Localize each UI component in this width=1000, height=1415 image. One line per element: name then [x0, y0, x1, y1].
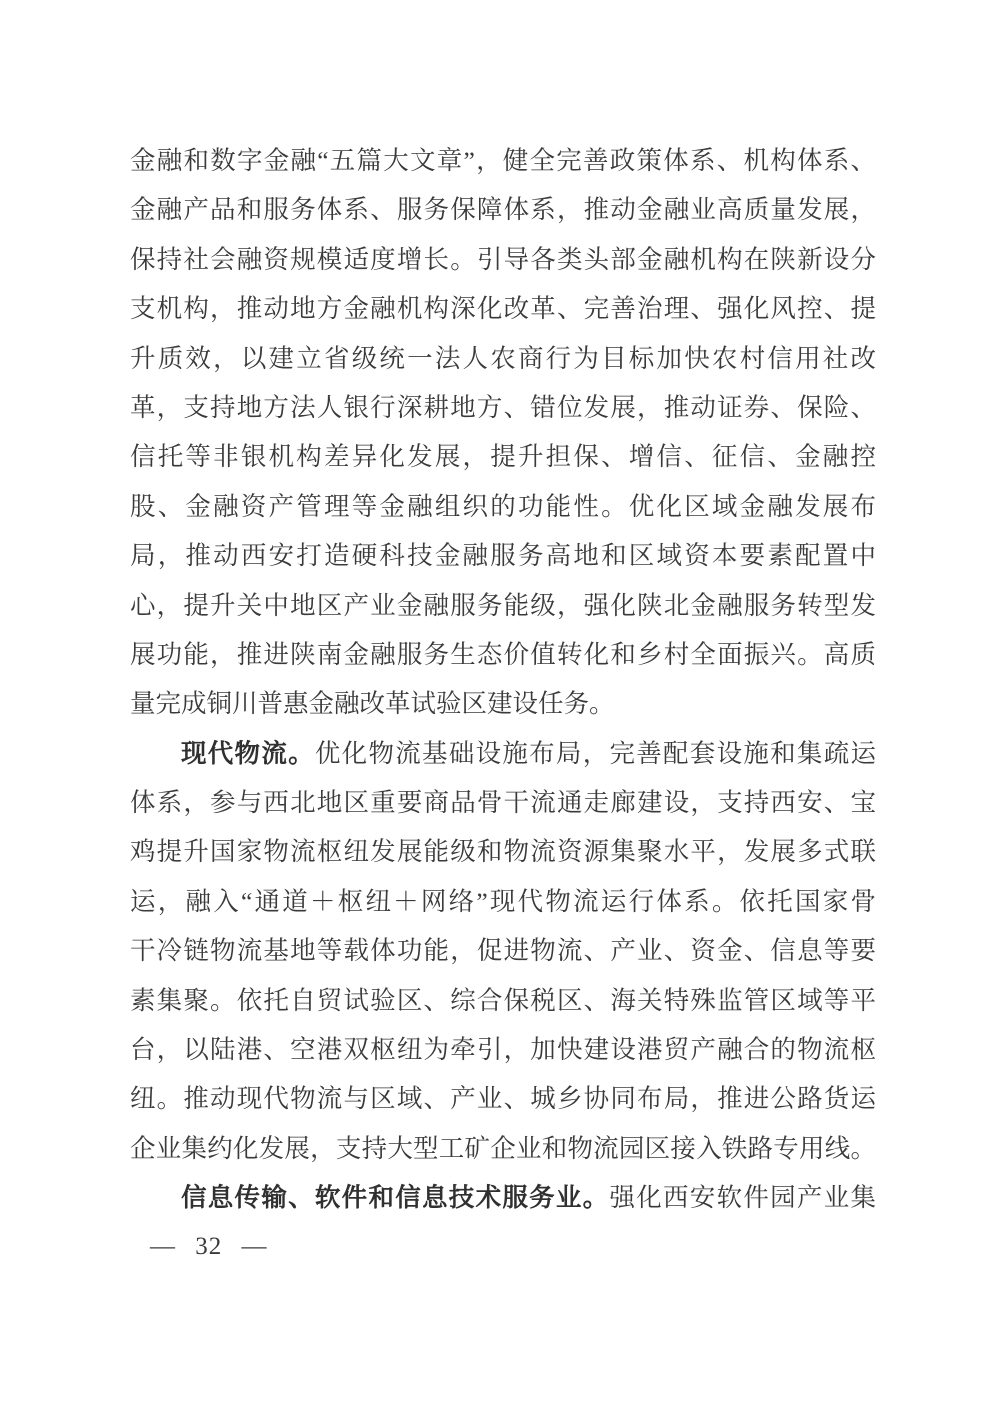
text-line: 金融和数字金融“五篇大文章”，健全完善政策体系、机构体系、	[130, 136, 876, 185]
document-page: 金融和数字金融“五篇大文章”，健全完善政策体系、机构体系、金融产品和服务体系、服…	[0, 0, 1000, 1415]
text-line: 鸡提升国家物流枢纽发展能级和物流资源集聚水平，发展多式联	[130, 827, 876, 876]
text-line: 台，以陆港、空港双枢纽为牵引，加快建设港贸产融合的物流枢	[130, 1025, 876, 1074]
text-line: 信息传输、软件和信息技术服务业。强化西安软件园产业集	[130, 1173, 876, 1222]
paragraph-modern-logistics: 现代物流。优化物流基础设施布局，完善配套设施和集疏运体系，参与西北地区重要商品骨…	[130, 729, 876, 1174]
paragraph-finance-continued: 金融和数字金融“五篇大文章”，健全完善政策体系、机构体系、金融产品和服务体系、服…	[130, 136, 876, 729]
text-line: 支机构，推动地方金融机构深化改革、完善治理、强化风控、提	[130, 284, 876, 333]
text-line: 运，融入“通道＋枢纽＋网络”现代物流运行体系。依托国家骨	[130, 877, 876, 926]
text-line: 量完成铜川普惠金融改革试验区建设任务。	[130, 679, 876, 728]
document-text-block: 金融和数字金融“五篇大文章”，健全完善政策体系、机构体系、金融产品和服务体系、服…	[130, 136, 876, 1223]
page-number: — 32 —	[150, 1230, 268, 1264]
text-line: 股、金融资产管理等金融组织的功能性。优化区域金融发展布	[130, 482, 876, 531]
text-line: 纽。推动现代物流与区域、产业、城乡协同布局，推进公路货运	[130, 1074, 876, 1123]
text-line: 素集聚。依托自贸试验区、综合保税区、海关特殊监管区域等平	[130, 976, 876, 1025]
text-line: 革，支持地方法人银行深耕地方、错位发展，推动证券、保险、	[130, 383, 876, 432]
paragraph-lead: 现代物流。	[181, 739, 315, 768]
text-line: 保持社会融资规模适度增长。引导各类头部金融机构在陕新设分	[130, 235, 876, 284]
text-line: 干冷链物流基地等载体功能，促进物流、产业、资金、信息等要	[130, 926, 876, 975]
text-line: 体系，参与西北地区重要商品骨干流通走廊建设，支持西安、宝	[130, 778, 876, 827]
text-line: 企业集约化发展，支持大型工矿企业和物流园区接入铁路专用线。	[130, 1124, 876, 1173]
text-line: 局，推动西安打造硬科技金融服务高地和区域资本要素配置中	[130, 531, 876, 580]
paragraph-information-services: 信息传输、软件和信息技术服务业。强化西安软件园产业集	[130, 1173, 876, 1222]
text-line: 升质效，以建立省级统一法人农商行为目标加快农村信用社改	[130, 334, 876, 383]
paragraph-lead: 信息传输、软件和信息技术服务业。	[181, 1183, 609, 1212]
text-line: 现代物流。优化物流基础设施布局，完善配套设施和集疏运	[130, 729, 876, 778]
text-line: 金融产品和服务体系、服务保障体系，推动金融业高质量发展，	[130, 185, 876, 234]
text-line: 信托等非银机构差异化发展，提升担保、增信、征信、金融控	[130, 432, 876, 481]
text-line: 展功能，推进陕南金融服务生态价值转化和乡村全面振兴。高质	[130, 630, 876, 679]
text-line: 心，提升关中地区产业金融服务能级，强化陕北金融服务转型发	[130, 581, 876, 630]
